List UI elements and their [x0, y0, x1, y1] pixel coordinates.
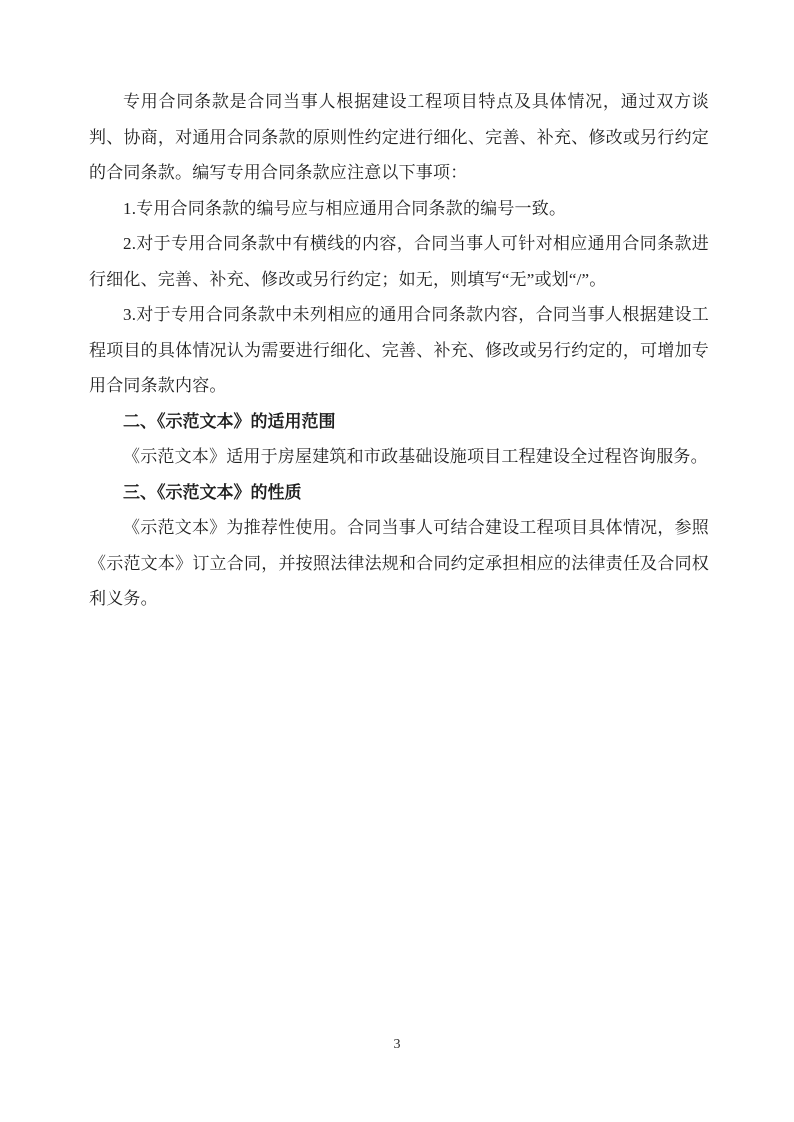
paragraph-special-terms-intro: 专用合同条款是合同当事人根据建设工程项目特点及具体情况，通过双方谈判、协商，对通…: [89, 84, 709, 191]
list-item-3-additional-terms-rule: 3.对于专用合同条款中未列相应的通用合同条款内容，合同当事人根据建设工程项目的具…: [89, 297, 709, 404]
document-body: 专用合同条款是合同当事人根据建设工程项目特点及具体情况，通过双方谈判、协商，对通…: [89, 84, 709, 617]
paragraph-nature: 《示范文本》为推荐性使用。合同当事人可结合建设工程项目具体情况，参照《示范文本》…: [89, 510, 709, 617]
paragraph-scope: 《示范文本》适用于房屋建筑和市政基础设施项目工程建设全过程咨询服务。: [89, 439, 709, 475]
list-item-2-underlined-content-rule: 2.对于专用合同条款中有横线的内容，合同当事人可针对相应通用合同条款进行细化、完…: [89, 226, 709, 297]
document-page: 专用合同条款是合同当事人根据建设工程项目特点及具体情况，通过双方谈判、协商，对通…: [0, 0, 794, 1122]
page-footer: 3: [0, 1035, 794, 1053]
page-number: 3: [394, 1037, 401, 1052]
list-item-1-numbering-rule: 1.专用合同条款的编号应与相应通用合同条款的编号一致。: [89, 191, 709, 227]
section-heading-nature: 三、《示范文本》的性质: [89, 475, 709, 511]
section-heading-scope: 二、《示范文本》的适用范围: [89, 404, 709, 440]
